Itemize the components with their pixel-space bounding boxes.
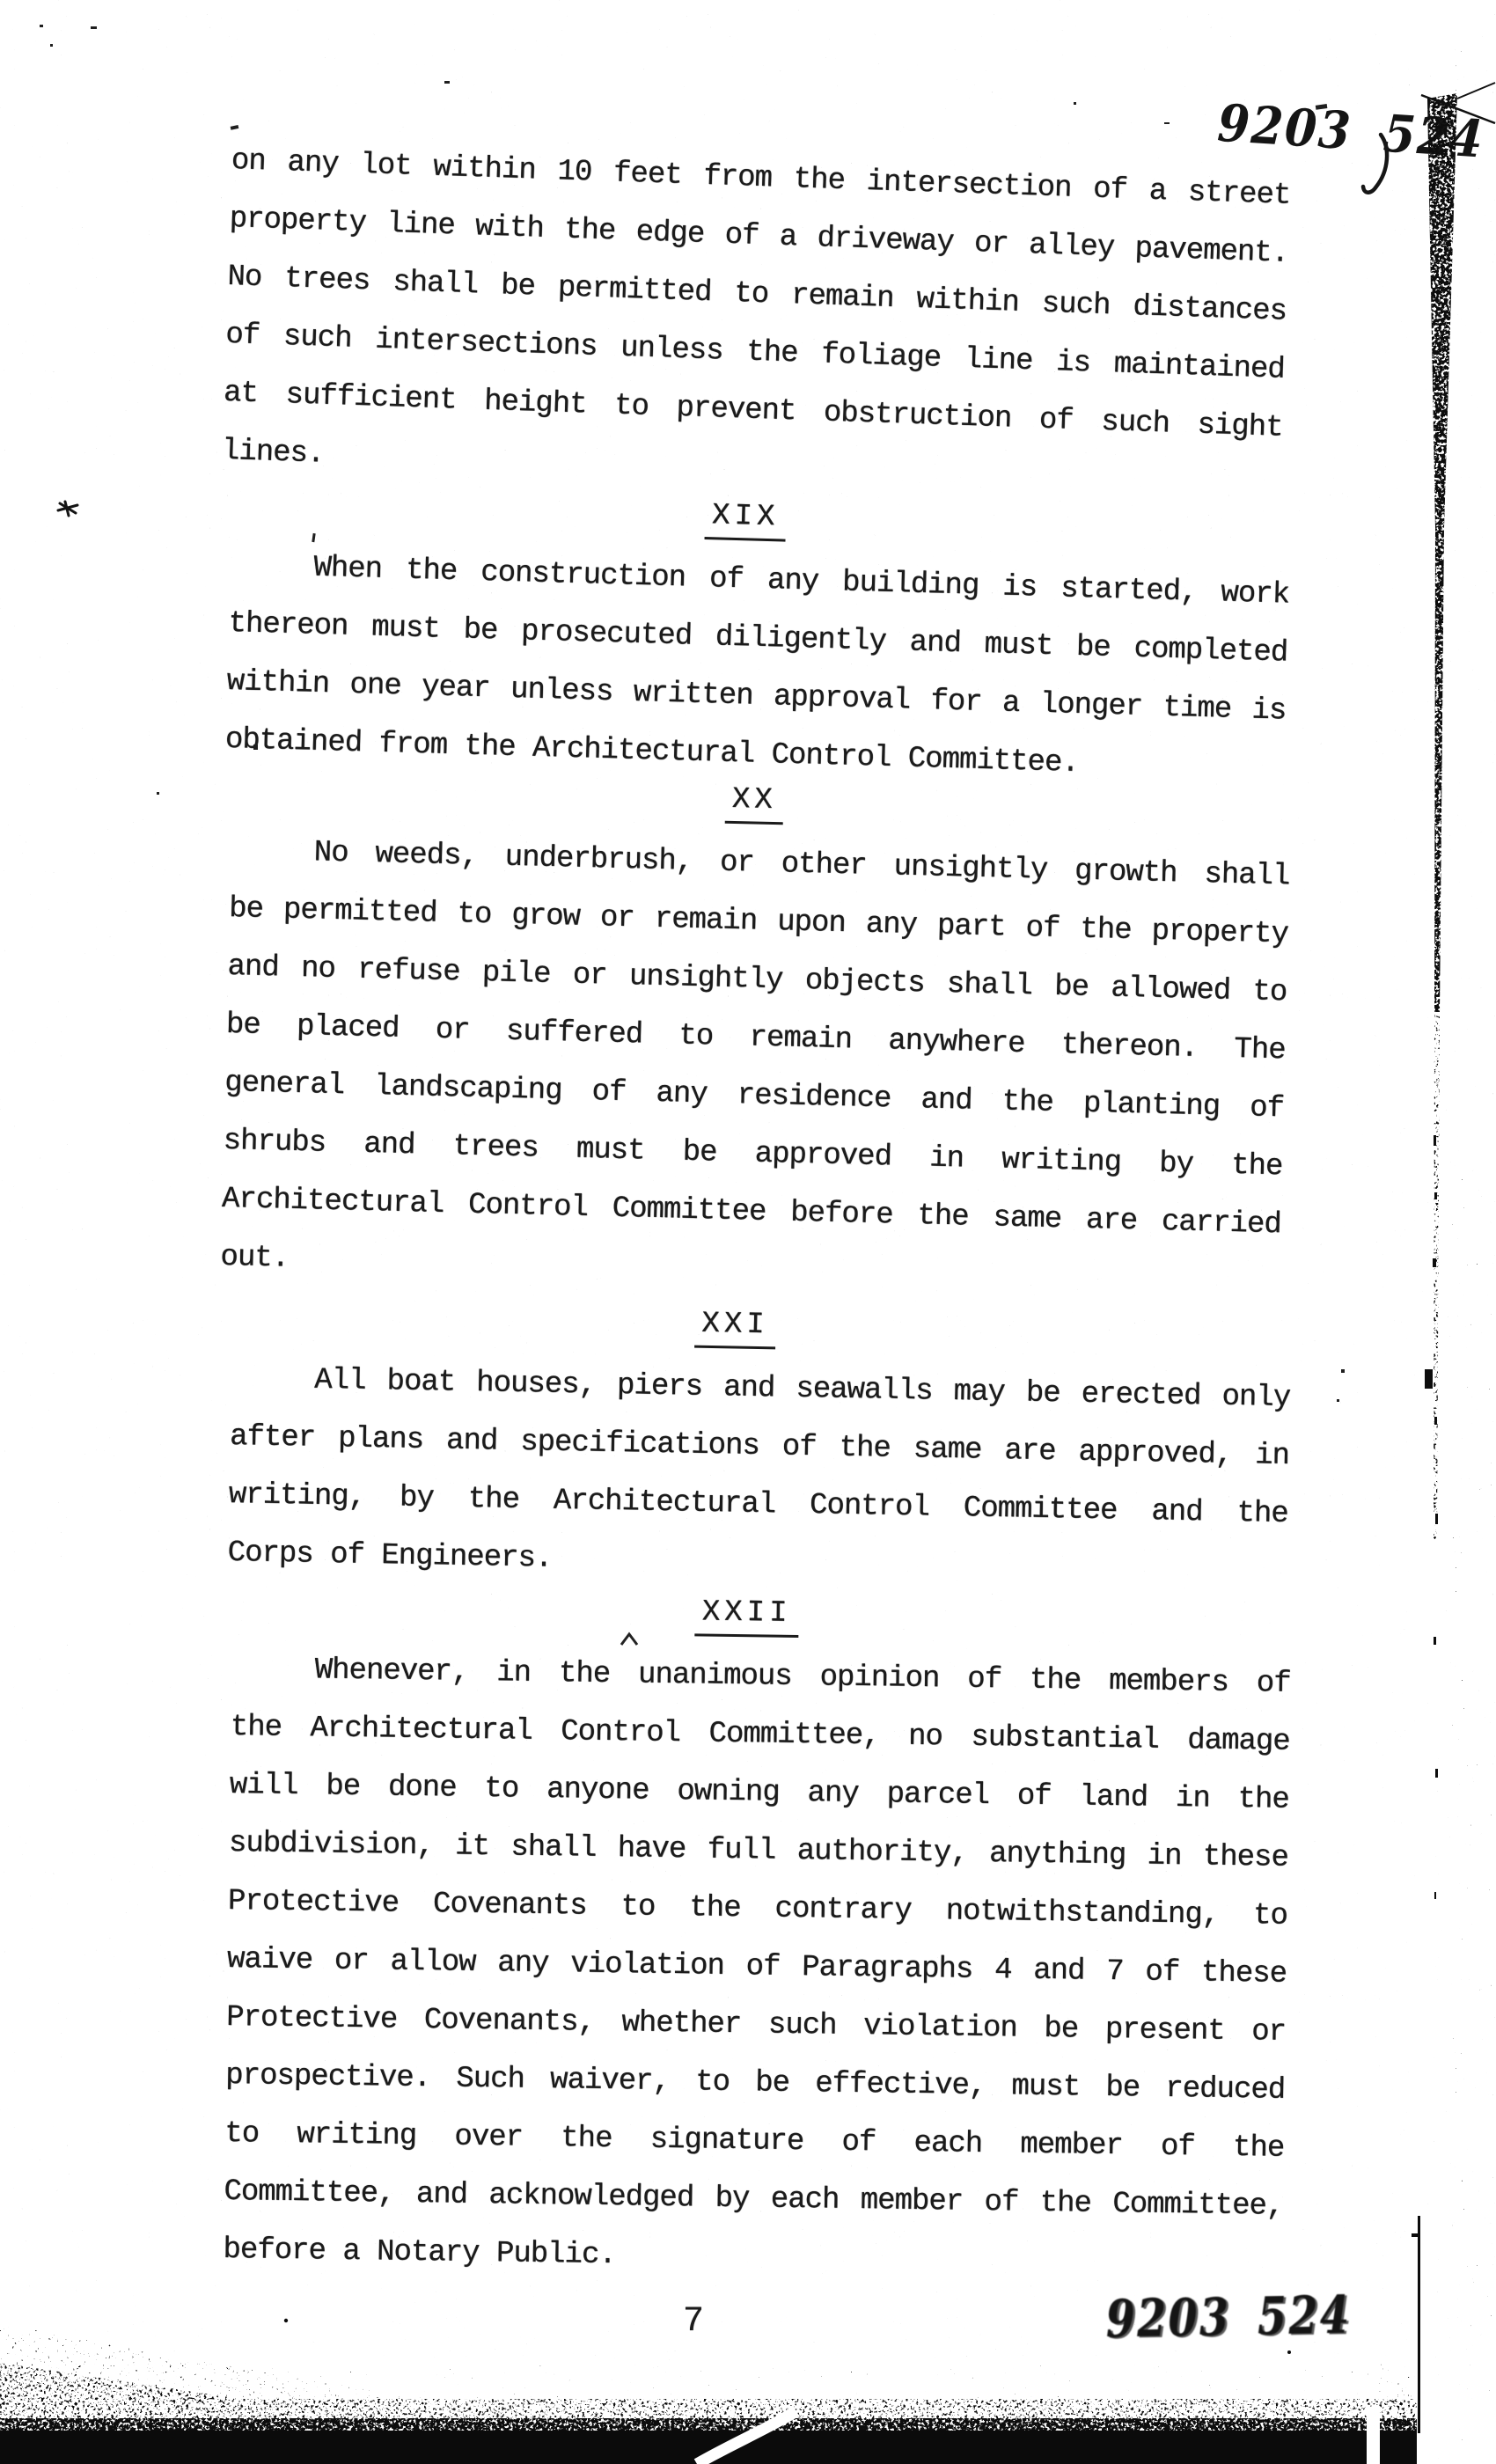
section-heading-label: XIX [704,499,786,542]
recording-stamp-bottom: 9203 524 [1105,2285,1352,2350]
recording-stamp-top: 9203 524 [1216,93,1486,170]
section-xx: XX No weeds, underbrush, or other unsigh… [220,771,1292,1312]
section-paragraph: Whenever, in the unanimous opinion of th… [223,1640,1291,2294]
scanned-document-page: 9203 524 on any lot within 10 feet from … [0,0,1496,2464]
paragraph-continuation: on any lot within 10 feet from the inter… [221,132,1291,516]
section-heading-label: XXI [694,1308,776,1350]
scan-noise-right-edge [1395,35,1496,2464]
section-paragraph: When the construction of any building is… [224,537,1290,799]
page-number: 7 [683,2293,704,2351]
section-heading-label: XX [724,783,784,825]
section-xxii: XXII Whenever, in the unanimous opinion … [223,1589,1292,2294]
section-paragraph: No weeds, underbrush, or other unsightly… [220,822,1291,1312]
asterisk-mark [58,502,77,516]
section-heading-label: XXII [694,1595,798,1638]
section-paragraph: All boat houses, piers and seawalls may … [227,1350,1291,1602]
section-xxi: XXI All boat houses, piers and seawalls … [227,1299,1292,1602]
section-xix: XIX When the construction of any buildin… [224,486,1292,798]
